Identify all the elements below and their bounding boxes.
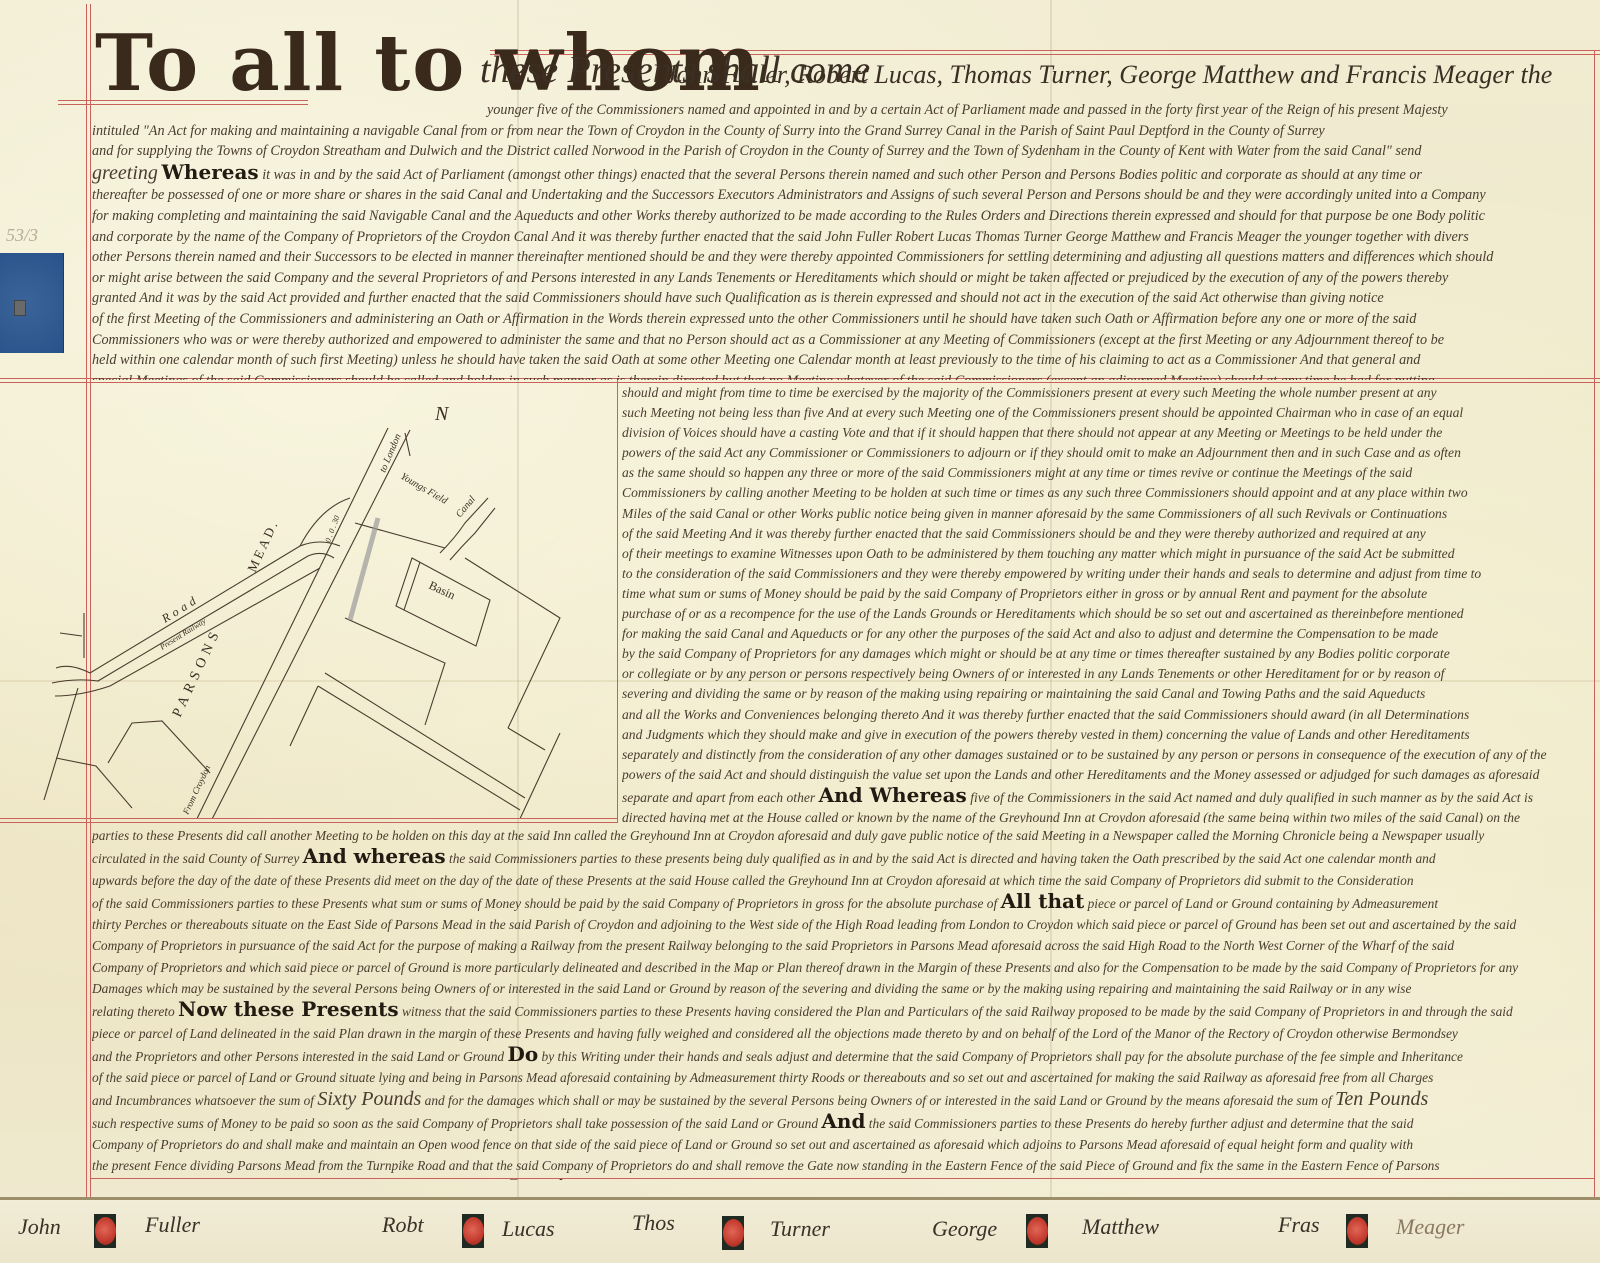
wax-seal-icon — [1026, 1214, 1048, 1248]
recital-line: Miles of the said Canal or other Works p… — [622, 504, 1592, 524]
map-bottom-rule — [0, 822, 618, 823]
recital-line: of the said piece or parcel of Land or G… — [92, 1067, 1592, 1088]
recital-text: relating thereto — [92, 1004, 175, 1019]
recital-line: upwards before the day of the date of th… — [92, 870, 1592, 891]
recital-line: as the same should so happen any three o… — [622, 463, 1592, 483]
recital-line: severing and dividing the same or by rea… — [622, 684, 1592, 704]
recital-line: Mead opposite immediately beyond the nor… — [92, 1177, 1592, 1180]
recital-text: by this Writing under their hands and se… — [542, 1049, 1463, 1064]
recital-line: to the consideration of the said Commiss… — [622, 564, 1592, 584]
recital-line: and for supplying the Towns of Croydon S… — [92, 141, 1592, 162]
stamp-emboss-icon — [14, 300, 26, 316]
recital-line: of the first Meeting of the Commissioner… — [92, 309, 1592, 330]
recital-text: of the said Commissioners parties to the… — [92, 896, 997, 911]
recital-line: or collegiate or by any person or person… — [622, 664, 1592, 684]
wax-seal-icon — [1346, 1214, 1368, 1248]
recital-line: and the Proprietors and other Persons in… — [92, 1044, 1592, 1067]
recital-line: for making completing and maintaining th… — [92, 206, 1592, 227]
recital-text: and Incumbrances whatsoever the sum of — [92, 1093, 314, 1108]
signature-last: Meager — [1396, 1214, 1464, 1240]
recital-text: the said Commissioners parties to these … — [869, 1116, 1414, 1131]
recital-line: of their meetings to examine Witnesses u… — [622, 544, 1592, 564]
recital-top: younger five of the Commissioners named … — [92, 100, 1592, 380]
signature-first: John — [18, 1214, 61, 1240]
signature-first: Thos — [632, 1210, 675, 1236]
recital-line: held within one calendar month of such f… — [92, 350, 1592, 371]
recital-text: it was in and by the said Act of Parliam… — [262, 167, 1422, 183]
in-witness-heading: In witness — [509, 1175, 624, 1180]
recital-line: purchase of or as a recompence for the u… — [622, 604, 1592, 624]
operative-clause: parties to these Presents did call anoth… — [92, 825, 1592, 1180]
recital-line: division of Voices should have a casting… — [622, 423, 1592, 443]
map-label-youngs-field: Youngs Field — [399, 471, 451, 507]
recital-line: such Meeting not being less than five An… — [622, 403, 1592, 423]
recital-text: witness that the said Commissioners part… — [402, 1004, 1513, 1019]
recital-line: for making the said Canal and Aqueducts … — [622, 624, 1592, 644]
recital-line: Damages which may be sustained by the se… — [92, 978, 1592, 999]
signature-first: Robt — [382, 1212, 424, 1238]
wax-seal-icon — [94, 1214, 116, 1248]
recital-line: separate and apart from each other And W… — [622, 785, 1592, 808]
recital-line: other Persons therein named and their Su… — [92, 247, 1592, 268]
north-arrow-icon: N — [434, 403, 450, 425]
map-bottom-rule — [0, 818, 618, 819]
recital-line: Commissioners who was or were thereby au… — [92, 330, 1592, 351]
all-that-heading: All that — [1001, 889, 1085, 913]
recital-text: five of the Commissioners in the said Ac… — [970, 790, 1533, 805]
signature-last: Fuller — [145, 1212, 200, 1238]
signature-last: Turner — [770, 1216, 830, 1242]
recital-line: thereafter be possessed of one or more s… — [92, 185, 1592, 206]
signature-strip: John Fuller Robt Lucas Thos Turner Georg… — [0, 1197, 1600, 1263]
recital-text: circulated in the said County of Surrey — [92, 851, 299, 866]
recital-line: Company of Proprietors do and shall make… — [92, 1134, 1592, 1155]
recital-line: granted And it was by the said Act provi… — [92, 288, 1592, 309]
map-label-canal: Canal — [454, 494, 478, 520]
recital-line: powers of the said Act and should distin… — [622, 765, 1592, 785]
do-heading: Do — [507, 1042, 538, 1066]
recital-line: circulated in the said County of Surrey … — [92, 846, 1592, 869]
signature-last: Lucas — [502, 1216, 555, 1242]
sum-sixty-pounds: Sixty Pounds — [317, 1088, 421, 1110]
signature-first: George — [932, 1216, 997, 1242]
recital-line: powers of the said Act any Commissioner … — [622, 443, 1592, 463]
recital-text: the said Commissioners parties to these … — [449, 851, 1436, 866]
recital-line: piece or parcel of Land delineated in th… — [92, 1023, 1592, 1044]
recital-line: and Judgments which they should make and… — [622, 725, 1592, 745]
recital-line: separately and distinctly from the consi… — [622, 745, 1592, 765]
recital-line: should and might from time to time be ex… — [622, 383, 1592, 403]
and-heading: And — [821, 1109, 865, 1133]
map-label-mead: MEAD. — [244, 517, 281, 575]
recital-right: should and might from time to time be ex… — [622, 383, 1592, 823]
revenue-stamp — [0, 253, 64, 353]
recital-line: of the said Commissioners parties to the… — [92, 891, 1592, 914]
wax-seal-icon — [722, 1216, 744, 1250]
pencil-reference: 53/3 — [6, 225, 38, 246]
recital-line: relating thereto Now these Presents witn… — [92, 999, 1592, 1022]
recital-line: directed having met at the House called … — [622, 808, 1592, 823]
recital-line: by the said Company of Proprietors for a… — [622, 644, 1592, 664]
wax-seal-icon — [462, 1214, 484, 1248]
and-whereas-heading: And whereas — [303, 844, 446, 868]
recital-line: intituled "An Act for making and maintai… — [92, 121, 1592, 142]
recital-line: and Incumbrances whatsoever the sum of S… — [92, 1089, 1592, 1111]
map-right-rule — [617, 378, 618, 822]
recital-text: and the Proprietors and other Persons in… — [92, 1049, 504, 1064]
plan-drawing: N to London Youngs Field Canal Basin MEA… — [0, 378, 617, 818]
recital-line: and corporate by the name of the Company… — [92, 227, 1592, 248]
recital-line: of the said Meeting And it was thereby f… — [622, 524, 1592, 544]
recital-line: the present Fence dividing Parsons Mead … — [92, 1155, 1592, 1176]
greeting-word: greeting — [92, 162, 158, 184]
recital-line: and all the Works and Conveniences belon… — [622, 705, 1592, 725]
map-label-from-croydon: From Croydon — [180, 763, 212, 817]
recital-text: separate and apart from each other — [622, 790, 815, 805]
recital-line: greeting Whereas it was in and by the sa… — [92, 162, 1592, 186]
recital-line: parties to these Presents did call anoth… — [92, 825, 1592, 846]
now-these-presents-heading: Now these Presents — [178, 997, 399, 1021]
grantor-names: John Fuller, Robert Lucas, Thomas Turner… — [665, 60, 1552, 90]
and-whereas-heading: And Whereas — [819, 783, 967, 807]
map-label-basin: Basin — [427, 578, 458, 602]
sum-ten-pounds: Ten Pounds — [1335, 1088, 1428, 1110]
recital-line: thirty Perches or thereabouts situate on… — [92, 914, 1592, 935]
recital-line: time what sum or sums of Money should be… — [622, 584, 1592, 604]
recital-line: Company of Proprietors in pursuance of t… — [92, 935, 1592, 956]
recital-text: such respective sums of Money to be paid… — [92, 1116, 818, 1131]
plan-of-land-map: N to London Youngs Field Canal Basin MEA… — [0, 378, 617, 818]
signature-first: Fras — [1278, 1212, 1320, 1238]
recital-line: Commissioners by calling another Meeting… — [622, 483, 1592, 503]
signature-last: Matthew — [1082, 1214, 1159, 1240]
margin-rule-right — [1594, 50, 1595, 1200]
recital-line: or might arise between the said Company … — [92, 268, 1592, 289]
whereas-heading: Whereas — [161, 160, 258, 184]
recital-line: such respective sums of Money to be paid… — [92, 1111, 1592, 1134]
recital-line: younger five of the Commissioners named … — [92, 100, 1592, 121]
recital-text: and for the damages which shall or may b… — [425, 1093, 1332, 1108]
recital-line: Company of Proprietors and which said pi… — [92, 957, 1592, 978]
recital-text: piece or parcel of Land or Ground contai… — [1088, 896, 1438, 911]
